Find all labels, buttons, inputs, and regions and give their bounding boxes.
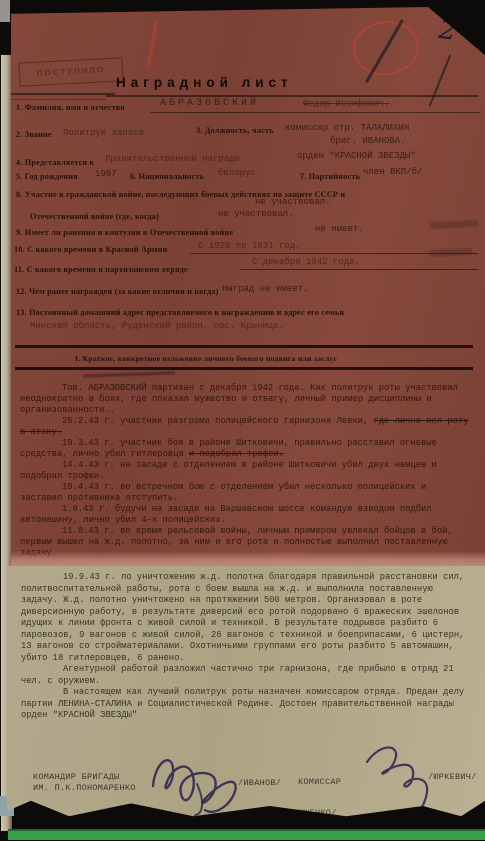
handwritten-page-number: 2 [437,12,459,47]
document-title: Наградной лист [116,75,293,90]
pencil-line-left [11,93,115,95]
citation-body-tan: 19.9.43 г. по уничтожению ж.д. полотна б… [21,572,469,722]
field5-label: 5. Год рождения [16,172,78,181]
chief-of-staff-name: /ТИЩЕНКО/ [288,808,337,818]
field11-label: 11. С какого времени в партизанском отря… [14,265,188,274]
faint-pencil-note-1 [430,220,478,230]
citation-railway-paragraph: 19.9.43 г. по уничтожению ж.д. полотна б… [21,572,469,664]
field4-label: 4. Представляется к [16,158,94,167]
field4-value2: орден "КРАСНОЙ ЗВЕЗДЫ" [297,151,416,161]
field8-label-line2: Отечественной войне (где, когда) [30,212,159,221]
ink-check-mark [429,55,451,107]
citation-final-paragraph: В настоящем как лучший политрук роты наз… [21,687,469,722]
citation-body-red: Тов. АБРАЗОВСКИЙ партизан с декабря 1942… [20,383,472,559]
field13-value: Минская область, Руденский район, пос. К… [30,321,284,331]
citation-event: 1.6.43 г. будучи на засаде на Варшавском… [20,504,472,526]
commander-role-line1: КОМАНДИР БРИГАДЫ [33,772,119,782]
next-page-green-edge [8,829,485,840]
field6-value: белорус [218,168,256,178]
field3-value-line2: бриг. ИВАНОВА. [330,136,406,146]
field8-value1: не участвовал. [255,197,331,207]
section-rule-top [15,345,473,348]
field2-label: 2. Звание [16,130,52,139]
page-edge-sliver-top [0,0,10,22]
section-rule-bottom [15,367,473,370]
citation-event: 19.4.43 г. во встречном бою с отделением… [20,482,472,504]
field8-value2: не участвовал. [218,209,294,219]
commissar-role: КОМИССАР [298,777,341,787]
field11-line [240,269,478,270]
field1-line [150,112,480,113]
field11-value: С декабря 1942 года. [252,257,360,267]
citation-event: 25.2.43 г. участник разгрома полицейског… [20,416,472,438]
field10-value: С 1929 по 1931 год. [198,241,301,251]
commissar-name: /ЮРКЕВИЧ/ [428,772,477,782]
section-header: I. Краткое, конкретное изложение личного… [75,354,337,363]
red-ink-stroke [147,21,158,67]
commander-role-line2: ИМ. П.К.ПОНОМАРЕНКО [33,783,136,793]
faint-pencil-note-2 [430,248,472,257]
field12-label: 12. Чем ранее награжден (за какие отличи… [16,287,219,296]
award-sheet-continuation: 19.9.43 г. по уничтожению ж.д. полотна б… [7,566,485,824]
award-sheet-front: ПОСТУПИЛО Наградной лист 2 1. Фамилия, и… [11,7,485,566]
scanned-award-document: ПОСТУПИЛО Наградной лист 2 1. Фамилия, и… [0,0,485,841]
field9-label: 9. Имеет ли ранения и контузии в Отечест… [16,228,233,237]
field1-name: Федор Иосифович. [303,99,389,109]
field4-value1: Правительственной награде [105,154,240,164]
citation-event: 11.8.43 г. во время рельсовой войны, лич… [20,526,472,559]
field12-value: Наград не имеет. [222,284,308,294]
field1-label: 1. Фамилия, имя и отчество [16,103,125,112]
field7-label: 7. Партийность [300,172,360,181]
citation-agent-paragraph: Агентурной работой разложил частично три… [21,664,469,687]
field3-label: 3. Должность, часть [196,126,274,135]
chief-of-staff-role: НАЧАЛЬНИК ШТАБА [95,812,176,822]
field1-surname: АБРАЗОВСКИЙ [160,98,259,109]
field13-label: 13. Постоянный домашний адрес представля… [16,308,344,317]
citation-event: 19.3.43 г. участник боя в районе Шиткови… [20,438,472,460]
field10-label: 10. С какого времени в Красной Армии [14,245,167,254]
field6-label: 6. Национальность [130,172,204,181]
field5-value: 1907 [95,169,117,179]
field3-value-line1: комиссар отр. ТАЛАЛИХИН [285,123,409,133]
pencil-line-left-2 [11,99,107,100]
commander-name: /ИВАНОВ/ [238,778,281,788]
field9-value: не имеет. [315,224,364,234]
citation-event: 14.4.43 г. на засаде с отделением в райо… [20,460,472,482]
handwritten-scribble [83,371,175,377]
postupilo-stamp: ПОСТУПИЛО [18,57,123,86]
field7-value: член ВКП/б/ [363,167,422,177]
field2-value: Политрук запаса [63,128,144,138]
citation-intro: Тов. АБРАЗОВСКИЙ партизан с декабря 1942… [20,383,472,416]
title-underline [106,95,478,97]
